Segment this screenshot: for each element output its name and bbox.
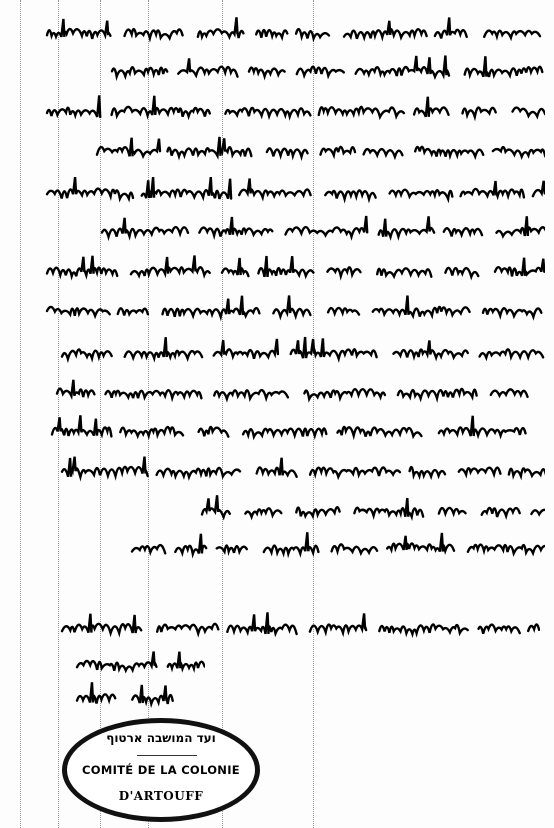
handwritten-line xyxy=(55,375,545,405)
handwritten-line xyxy=(95,133,545,163)
handwritten-line xyxy=(60,335,545,365)
handwritten-line xyxy=(200,493,545,523)
letter-page: ועד המושבה ארטוף COMITÉ DE LA COLONIE D'… xyxy=(0,0,554,828)
signature xyxy=(75,647,205,677)
closing-line xyxy=(60,610,540,640)
stamp-hebrew-text: ועד המושבה ארטוף xyxy=(67,731,255,745)
handwritten-line xyxy=(130,530,545,560)
margin-rule xyxy=(20,0,21,828)
stamp-french-line1: COMITÉ DE LA COLONIE xyxy=(67,763,255,777)
handwritten-line xyxy=(60,453,545,483)
handwritten-line xyxy=(45,15,545,45)
signature xyxy=(75,680,175,710)
stamp-french-line2: D'ARTOUFF xyxy=(67,789,255,803)
handwritten-line xyxy=(100,213,545,243)
handwritten-line xyxy=(45,293,545,323)
handwritten-line xyxy=(45,253,545,283)
handwritten-line xyxy=(50,413,545,443)
handwritten-line xyxy=(45,93,545,123)
colony-committee-stamp: ועד המושבה ארטוף COMITÉ DE LA COLONIE D'… xyxy=(62,718,260,822)
stamp-divider xyxy=(137,755,197,756)
handwritten-line xyxy=(110,53,545,83)
handwritten-line xyxy=(45,175,545,205)
